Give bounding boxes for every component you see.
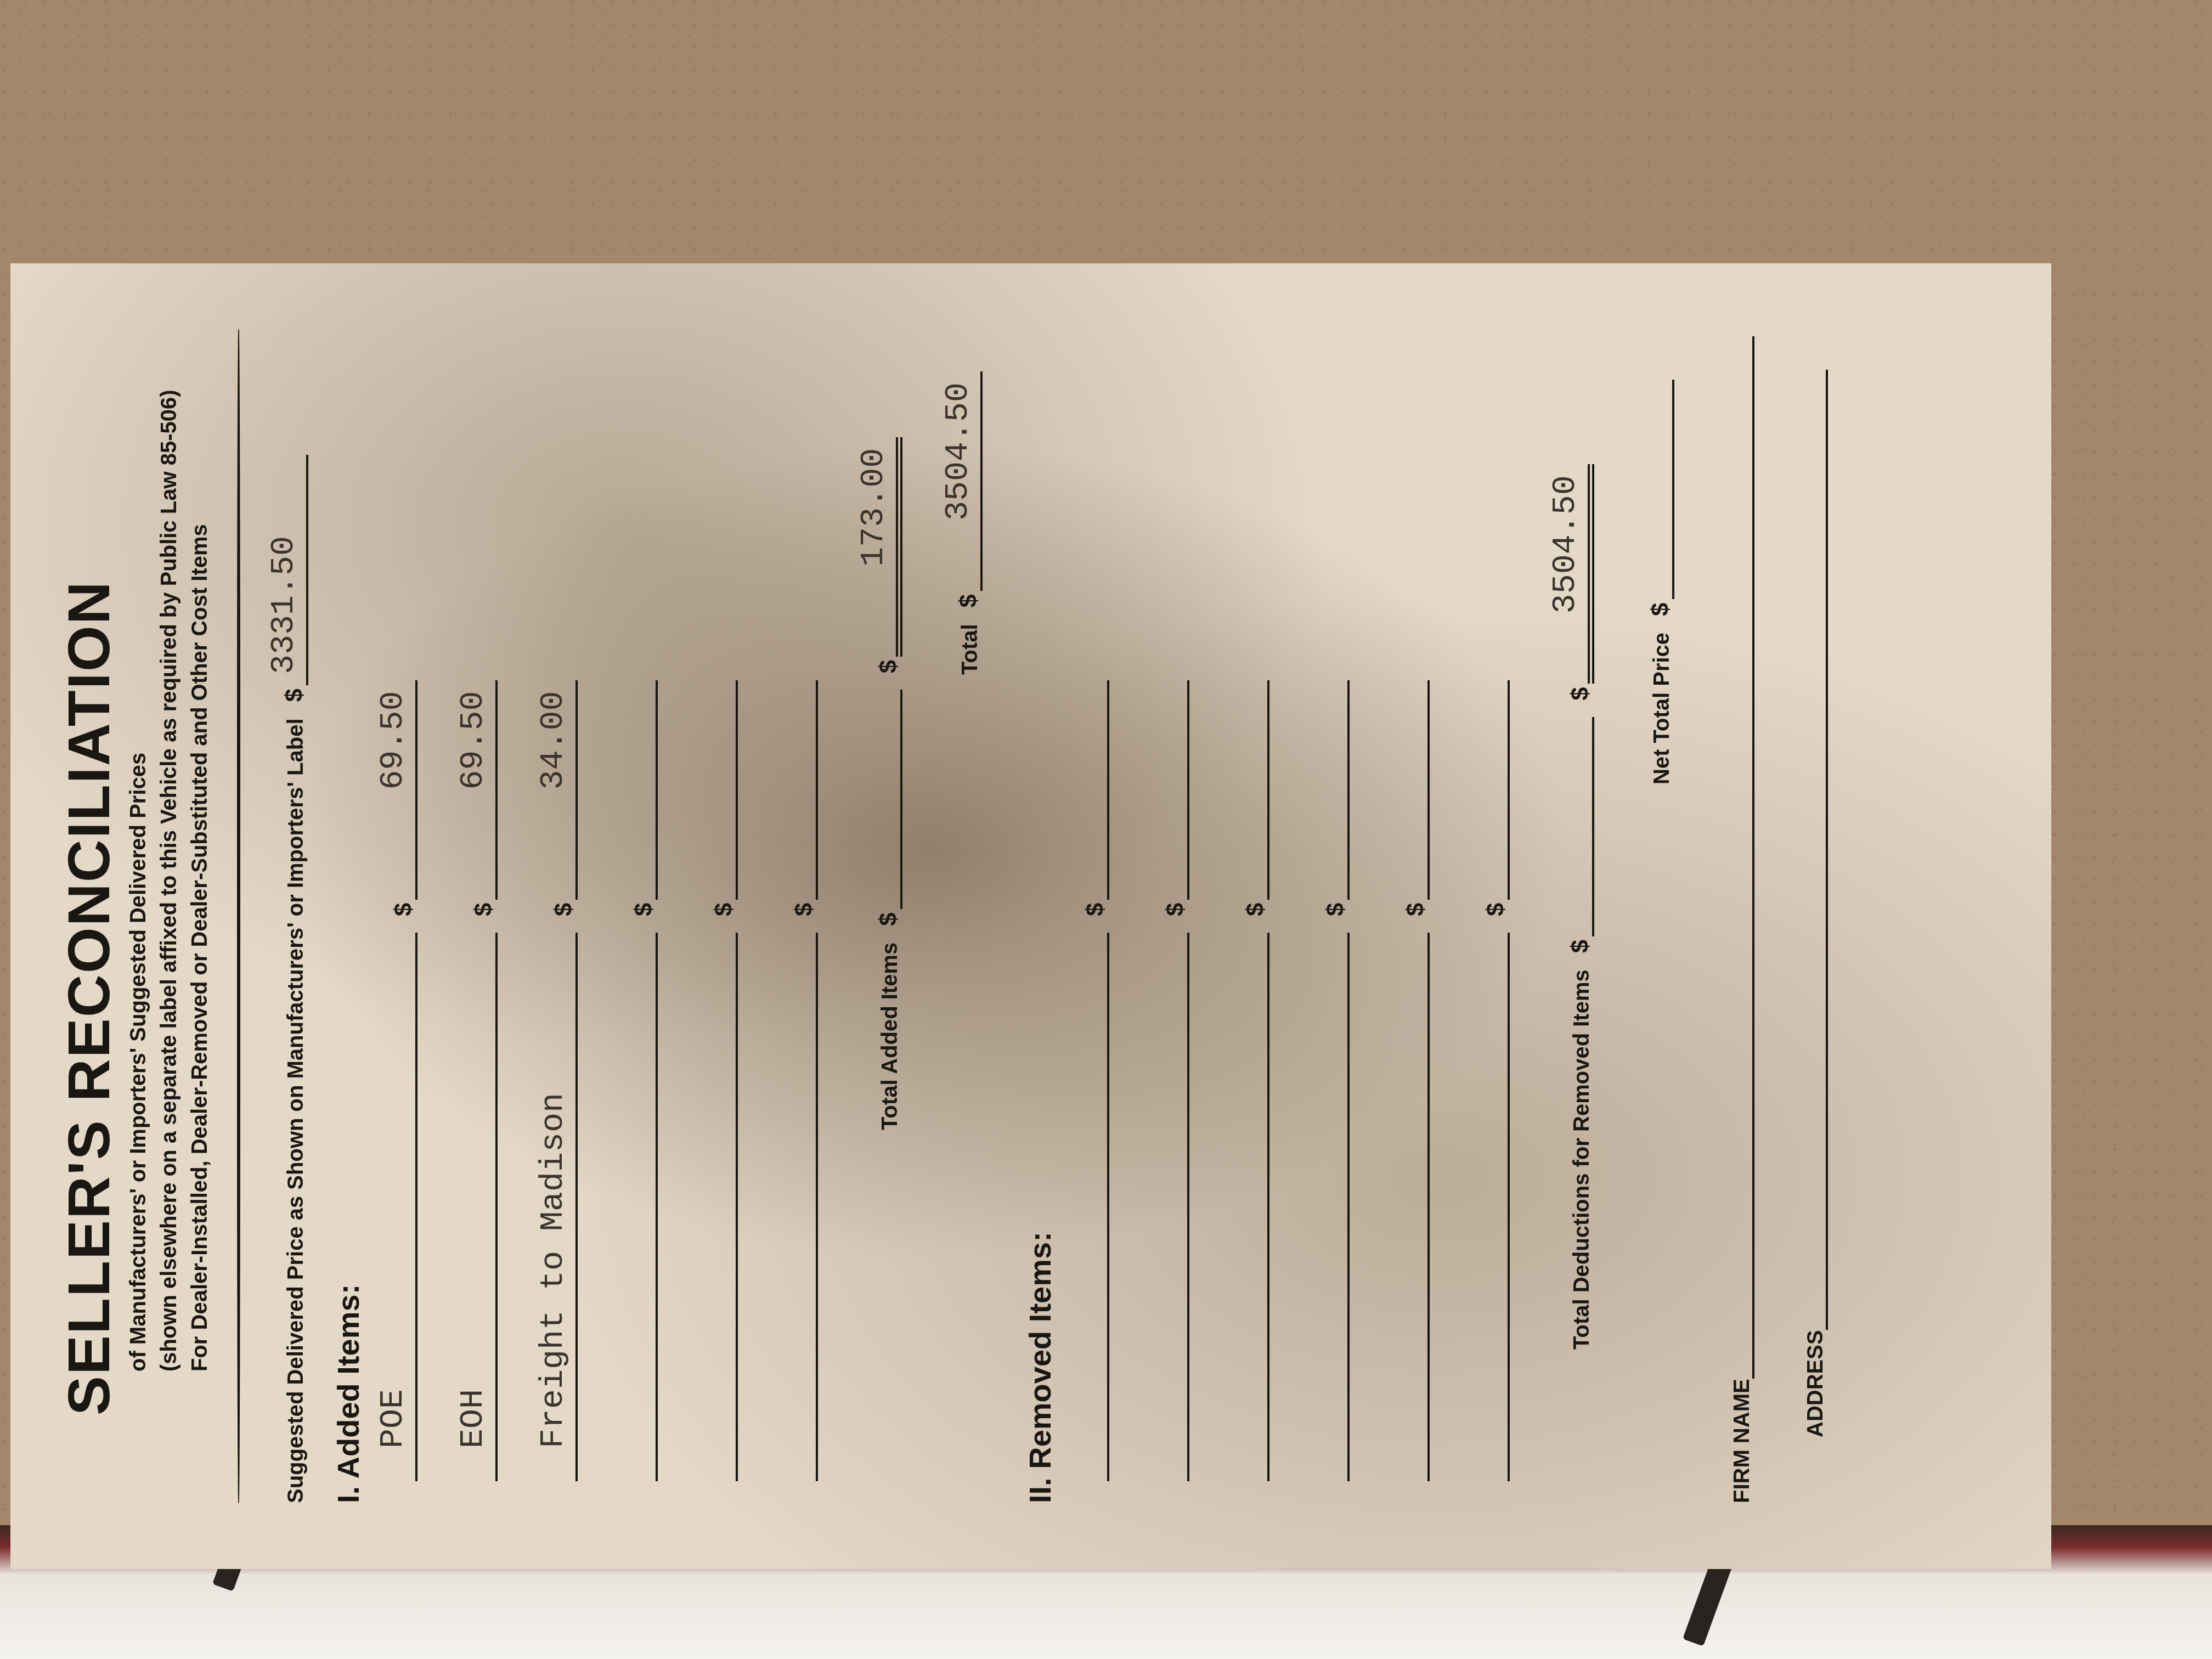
net-total-row: Net Total Price $ <box>1634 329 1674 1481</box>
dollar-sign: $ <box>1402 903 1430 916</box>
total-label: Total <box>958 624 983 675</box>
dollar-sign: $ <box>390 903 417 916</box>
net-total-label: Net Total Price <box>1650 633 1674 785</box>
added-items-heading: I. Added Items: <box>330 329 366 1503</box>
dollar-sign: $ <box>470 903 498 916</box>
item-description-field[interactable] <box>1309 933 1350 1481</box>
dollar-sign: $ <box>1567 687 1594 700</box>
item-description-field[interactable]: Freight to Madison <box>537 933 578 1481</box>
removed-item-row: $ <box>1069 329 1109 1481</box>
removed-item-row: $ <box>1309 329 1350 1481</box>
item-description-field[interactable] <box>1229 933 1269 1481</box>
net-total-field[interactable] <box>1634 380 1674 599</box>
total-deductions-left-field[interactable] <box>1554 717 1594 936</box>
item-amount-field[interactable]: 69.50 <box>377 680 417 900</box>
subtitle-line: of Manufacturers' or Importers' Suggeste… <box>123 329 154 1372</box>
item-amount-field[interactable]: 34.00 <box>537 680 578 900</box>
dollar-sign: $ <box>1567 940 1594 953</box>
item-description: EOH <box>455 1389 492 1448</box>
divider <box>237 329 240 1503</box>
total-added-right-field[interactable]: 173.00 <box>857 437 902 657</box>
grand-total-value: 3504.50 <box>940 382 977 521</box>
dollar-sign: $ <box>875 912 902 926</box>
removed-item-row: $ <box>1389 329 1430 1481</box>
total-deductions-value: 3504.50 <box>1547 475 1584 613</box>
firm-name-label: FIRM NAME <box>1730 1379 1754 1503</box>
item-description-field[interactable] <box>1389 933 1430 1481</box>
item-amount-field[interactable] <box>1069 680 1109 900</box>
item-amount-field[interactable] <box>697 680 738 900</box>
item-amount-field[interactable]: 69.50 <box>457 680 498 900</box>
subtitle-line: For Dealer-Installed, Dealer-Removed or … <box>184 329 215 1372</box>
dollar-sign: $ <box>550 903 578 916</box>
suggested-price-row: Suggested Delivered Price as Shown on Ma… <box>268 329 308 1503</box>
dollar-sign: $ <box>1242 903 1269 916</box>
total-deductions-right-field[interactable]: 3504.50 <box>1549 464 1594 684</box>
grand-total-field[interactable]: 3504.50 <box>942 371 983 591</box>
dollar-sign: $ <box>1162 903 1189 916</box>
dollar-sign: $ <box>630 903 658 916</box>
item-amount-field[interactable] <box>1229 680 1269 900</box>
dollar-sign: $ <box>875 660 902 673</box>
item-amount-field[interactable] <box>1389 680 1430 900</box>
item-description: Freight to Madison <box>535 1093 572 1448</box>
item-description-field[interactable] <box>1069 933 1109 1481</box>
total-added-value: 173.00 <box>855 448 893 567</box>
added-items-list: POE $ 69.50 EOH $ 69.50 Freight to Madis… <box>377 329 818 1503</box>
dollar-sign: $ <box>1082 903 1109 916</box>
suggested-price-label: Suggested Delivered Price as Shown on Ma… <box>284 718 308 1503</box>
item-amount-field[interactable] <box>1309 680 1350 900</box>
address-row: ADDRESS <box>1787 329 1828 1437</box>
item-description-field[interactable] <box>1469 933 1510 1481</box>
suggested-price-field[interactable]: 3331.50 <box>268 455 308 685</box>
item-amount-field[interactable] <box>617 680 658 900</box>
total-deductions-row: Total Deductions for Removed Items $ $ 3… <box>1549 329 1594 1481</box>
total-added-row: Total Added Items $ $ 173.00 <box>857 329 902 1481</box>
removed-items-heading: II. Removed Items: <box>1022 329 1058 1503</box>
firm-name-row: FIRM NAME <box>1714 329 1754 1503</box>
item-amount: 34.00 <box>535 691 572 790</box>
added-item-row: POE $ 69.50 <box>377 329 417 1481</box>
subtitle-line: (shown elsewhere on a separate label aff… <box>154 329 184 1372</box>
address-field[interactable] <box>1787 370 1828 1330</box>
item-amount-field[interactable] <box>1149 680 1189 900</box>
removed-item-row: $ <box>1469 329 1510 1481</box>
removed-items-list: $ $ $ $ $ $ <box>1069 329 1510 1503</box>
added-item-row: $ <box>617 329 658 1481</box>
dollar-sign: $ <box>710 903 738 916</box>
form-subtitle: of Manufacturers' or Importers' Suggeste… <box>123 329 215 1372</box>
item-amount: 69.50 <box>375 691 412 790</box>
address-label: ADDRESS <box>1803 1330 1828 1437</box>
added-item-row: $ <box>777 329 818 1481</box>
reconciliation-form: SELLER'S RECONCILIATION of Manufacturers… <box>10 263 2051 1569</box>
dollar-sign: $ <box>1322 903 1350 916</box>
suggested-price-value: 3331.50 <box>266 536 303 674</box>
firm-name-field[interactable] <box>1714 336 1754 1379</box>
added-item-row: Freight to Madison $ 34.00 <box>537 329 578 1481</box>
item-amount-field[interactable] <box>777 680 818 900</box>
item-amount: 69.50 <box>455 691 492 790</box>
item-description: POE <box>375 1389 412 1448</box>
added-item-row: EOH $ 69.50 <box>457 329 498 1481</box>
document: SELLER'S RECONCILIATION of Manufacturers… <box>11 263 2052 1569</box>
dollar-sign: $ <box>791 903 818 916</box>
added-item-row: $ <box>697 329 738 1481</box>
item-description-field[interactable] <box>777 933 818 1481</box>
item-description-field[interactable] <box>617 933 658 1481</box>
item-description-field[interactable] <box>1149 933 1189 1481</box>
item-description-field[interactable] <box>697 933 738 1481</box>
removed-item-row: $ <box>1149 329 1189 1481</box>
dollar-sign: $ <box>1647 602 1674 616</box>
grand-total-row: Total $ 3504.50 <box>942 329 983 1481</box>
item-description-field[interactable]: EOH <box>457 933 498 1481</box>
dollar-sign: $ <box>281 689 308 702</box>
item-description-field[interactable]: POE <box>377 933 417 1481</box>
removed-item-row: $ <box>1229 329 1269 1481</box>
total-deductions-label: Total Deductions for Removed Items <box>1570 969 1594 1350</box>
total-added-left-field[interactable] <box>862 690 902 909</box>
dollar-sign: $ <box>1482 903 1510 916</box>
dollar-sign: $ <box>955 594 983 607</box>
total-added-label: Total Added Items <box>878 943 902 1130</box>
form-title: SELLER'S RECONCILIATION <box>54 329 123 1415</box>
item-amount-field[interactable] <box>1469 680 1510 900</box>
